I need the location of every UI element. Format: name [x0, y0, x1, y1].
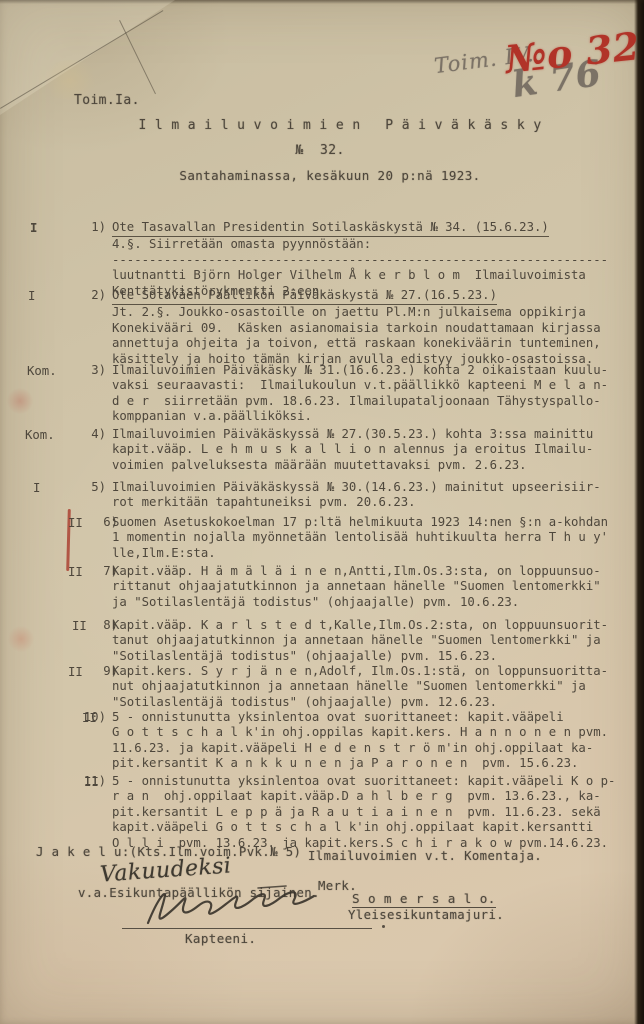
order-item-10: II 10) 5 - onnistunutta yksinlentoa ovat…	[0, 710, 640, 772]
margin-mark: Kom.	[27, 364, 57, 379]
order-item-7: II 7) Kapit.vääp. H ä m ä l ä i n e n,An…	[0, 564, 640, 610]
item-heading: Ote Tasavallan Presidentin Sotilaskäskys…	[112, 220, 549, 237]
signature-rule	[122, 928, 372, 929]
item-text: Kapit.vääp. H ä m ä l ä i n e n,Antti,Il…	[112, 564, 624, 610]
order-item-6: II 6) Suomen Asetuskokoelman 17 p:ltä he…	[0, 515, 640, 561]
item-text: 5 - onnistunutta yksinlentoa ovat suorit…	[112, 774, 624, 851]
item-number: 5)	[70, 480, 106, 495]
item-text: Ilmailuvoimien Päiväkäsky № 31.(16.6.23.…	[112, 363, 624, 425]
item-text: Suomen Asetuskokoelman 17 p:ltä helmikuu…	[112, 515, 624, 561]
item-number: 2)	[70, 288, 106, 303]
item-number: 7)	[82, 564, 118, 579]
margin-mark: II	[68, 665, 83, 680]
item-text: Ilmailuvoimien Päiväkäskyssä № 30.(14.6.…	[112, 480, 624, 511]
item-text: Kapit.kers. S y r j ä n e n,Adolf, Ilm.O…	[112, 664, 624, 710]
office-reference: Toim.Ia.	[74, 93, 140, 108]
item-number: 4)	[70, 427, 106, 442]
item-number: 9)	[82, 664, 118, 679]
order-item-4: Kom. 4) Ilmailuvoimien Päiväkäskyssä № 2…	[0, 427, 640, 473]
signature-dot	[382, 925, 385, 928]
item-text: Kapit.vääp. K a r l s t e d t,Kalle,Ilm.…	[112, 618, 624, 664]
order-item-9: II 9) Kapit.kers. S y r j ä n e n,Adolf,…	[0, 664, 640, 710]
margin-mark: I	[33, 481, 40, 496]
order-item-11: II 11) 5 - onnistunutta yksinlentoa ovat…	[0, 774, 640, 851]
order-item-8: II 8) Kapit.vääp. K a r l s t e d t,Kall…	[0, 618, 640, 664]
item-text: Jt. 2.§. Joukko-osastoille on jaettu Pl.…	[112, 305, 624, 367]
margin-mark: I	[28, 289, 35, 304]
order-item-3: Kom. 3) Ilmailuvoimien Päiväkäsky № 31.(…	[0, 363, 640, 425]
handwritten-signature	[118, 878, 378, 933]
item-text: 5 - onnistunutta yksinlentoa ovat suorit…	[112, 710, 624, 772]
item-number: 1)	[70, 220, 106, 235]
scan-edge-right	[634, 0, 644, 1024]
margin-mark: II	[68, 516, 83, 531]
margin-mark: I	[30, 221, 37, 236]
margin-mark: Kom.	[25, 428, 55, 443]
document-title: I l m a i l u v o i m i e n P ä i v ä k …	[60, 118, 620, 133]
captain-label: Kapteeni.	[185, 931, 256, 946]
red-number-annotation: №o 32	[503, 23, 642, 82]
item-text: Ilmailuvoimien Päiväkäskyssä № 27.(30.5.…	[112, 427, 624, 473]
order-item-2: I 2) Ote Sotaväen Päällikön Päiväkäskyst…	[0, 288, 640, 367]
order-item-5: I 5) Ilmailuvoimien Päiväkäskyssä № 30.(…	[0, 480, 640, 511]
document-scan: Toim. IV. k 76 №o 32 Toim.Ia. I l m a i …	[0, 0, 644, 1024]
commander-title-line: Ilmailuvoimien v.t. Komentaja.	[308, 849, 542, 863]
item-number: 11)	[70, 774, 106, 789]
dateline: Santahaminassa, kesäkuun 20 p:nä 1923.	[50, 168, 610, 183]
margin-mark: II	[68, 565, 83, 580]
item-number: 10)	[70, 710, 106, 725]
item-number: 6)	[82, 515, 118, 530]
item-number: 8)	[82, 618, 118, 633]
item-number: 3)	[70, 363, 106, 378]
item-heading: Ote Sotaväen Päällikön Päiväkäskystä № 2…	[112, 288, 497, 305]
order-number: № 32.	[40, 143, 600, 158]
